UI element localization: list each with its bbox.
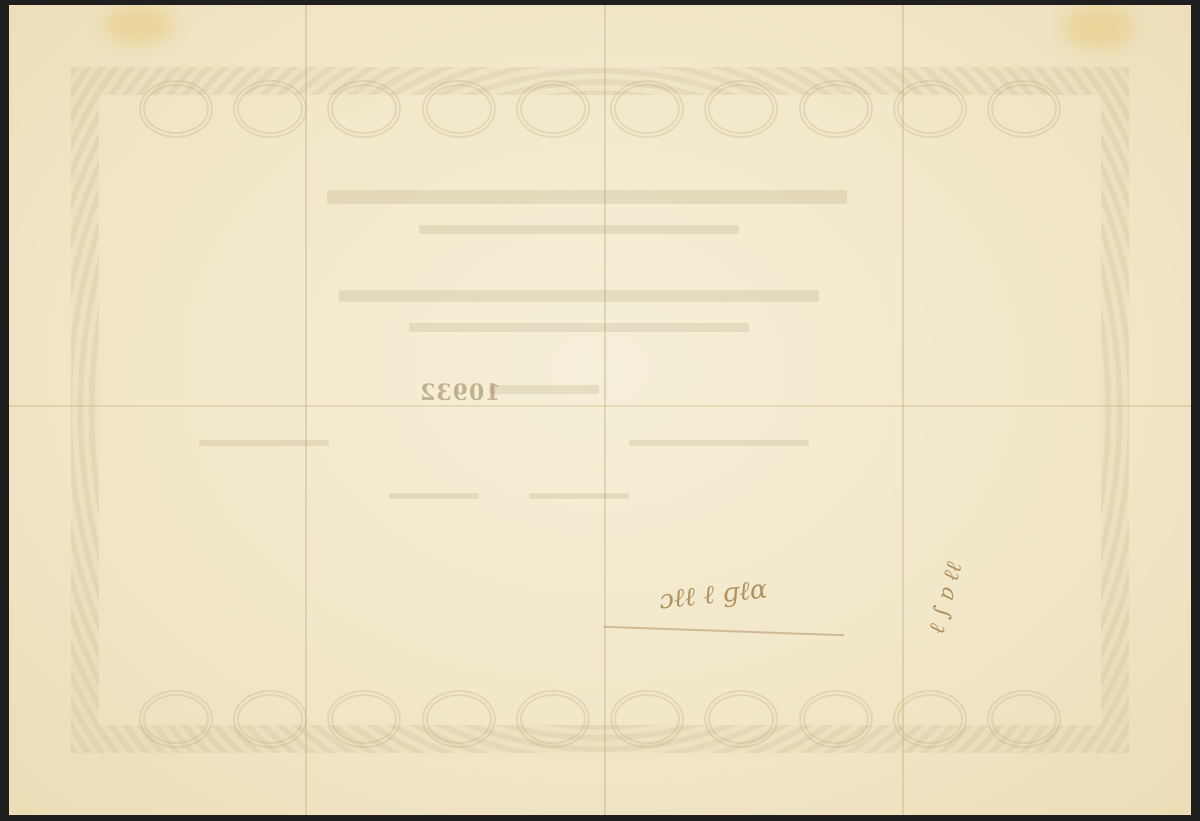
mirrored-text-line xyxy=(419,225,739,234)
mirrored-text-line xyxy=(409,323,749,332)
document-sheet: 10932 ɔℓℓ ℓ ɡℓɑ ℓ ∫ ɐ ℓℓ xyxy=(9,5,1191,815)
mirrored-text-line xyxy=(339,290,819,302)
rosette-row-bottom xyxy=(139,690,1061,748)
mirrored-text-line xyxy=(199,440,329,446)
age-stain xyxy=(1064,5,1134,50)
mirrored-heading xyxy=(327,190,847,204)
decorative-border xyxy=(71,67,1129,753)
mirrored-text-line xyxy=(529,493,629,499)
mirrored-text-line xyxy=(489,385,599,394)
mirrored-text-line xyxy=(389,493,479,499)
rosette-row-top xyxy=(139,80,1061,138)
age-stain xyxy=(104,5,174,45)
certificate-number: 10932 xyxy=(419,380,501,406)
mirrored-text-line xyxy=(629,440,809,446)
